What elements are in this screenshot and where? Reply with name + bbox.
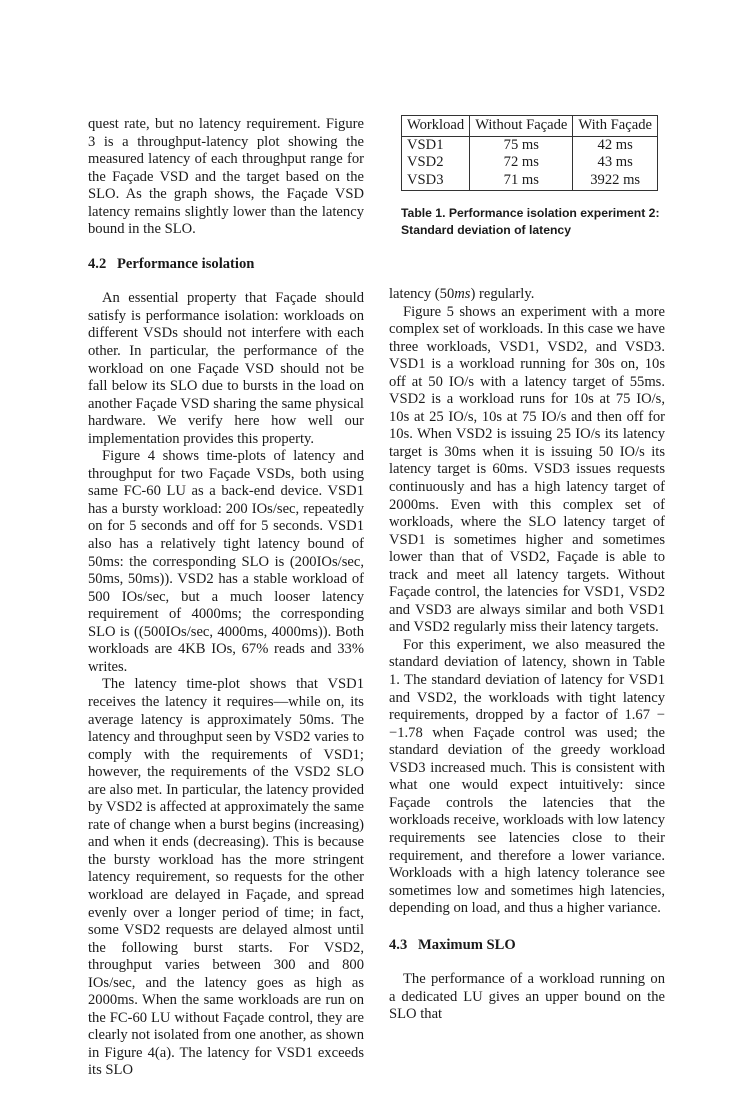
- cell-without-facade: 75 ms: [470, 136, 573, 154]
- body-paragraph: An essential property that Façade should…: [88, 290, 364, 448]
- cell-with-facade: 43 ms: [573, 154, 658, 172]
- body-paragraph: Figure 5 shows an experiment with a more…: [389, 304, 665, 637]
- section-number: 4.3: [389, 937, 418, 955]
- section-heading-4-2: 4.2Performance isolation: [88, 256, 364, 274]
- unit-italic: ms: [454, 286, 470, 302]
- column-header-with-facade: With Façade: [573, 116, 658, 137]
- body-paragraph: For this experiment, we also measured th…: [389, 637, 665, 918]
- section-number: 4.2: [88, 256, 117, 274]
- right-column: latency (50ms) regularly. Figure 5 shows…: [389, 286, 665, 1024]
- std-deviation-table: Workload Without Façade With Façade VSD1…: [401, 115, 658, 191]
- cell-with-facade: 42 ms: [573, 136, 658, 154]
- cell-workload: VSD2: [402, 154, 470, 172]
- cell-with-facade: 3922 ms: [573, 172, 658, 191]
- continuation-text: ) regularly.: [470, 286, 534, 302]
- section-heading-4-3: 4.3Maximum SLO: [389, 937, 665, 955]
- body-paragraph: Figure 4 shows time-plots of latency and…: [88, 448, 364, 676]
- column-header-without-facade: Without Façade: [470, 116, 573, 137]
- table-row: VSD3 71 ms 3922 ms: [402, 172, 658, 191]
- table-1: Workload Without Façade With Façade VSD1…: [401, 115, 658, 191]
- table-row: VSD1 75 ms 42 ms: [402, 136, 658, 154]
- table-caption: Table 1. Performance isolation experimen…: [401, 205, 671, 240]
- table-row: VSD2 72 ms 43 ms: [402, 154, 658, 172]
- body-paragraph: The performance of a workload running on…: [389, 971, 665, 1024]
- continuation-text: latency (50: [389, 286, 454, 302]
- section-title: Performance isolation: [117, 256, 254, 272]
- cell-workload: VSD1: [402, 136, 470, 154]
- cell-without-facade: 71 ms: [470, 172, 573, 191]
- column-header-workload: Workload: [402, 116, 470, 137]
- continuation-line: latency (50ms) regularly.: [389, 286, 665, 304]
- table-header-row: Workload Without Façade With Façade: [402, 116, 658, 137]
- section-title: Maximum SLO: [418, 937, 516, 953]
- cell-workload: VSD3: [402, 172, 470, 191]
- body-paragraph: quest rate, but no latency requirement. …: [88, 116, 364, 239]
- cell-without-facade: 72 ms: [470, 154, 573, 172]
- body-paragraph: The latency time-plot shows that VSD1 re…: [88, 676, 364, 1080]
- left-column: quest rate, but no latency requirement. …: [88, 116, 364, 1080]
